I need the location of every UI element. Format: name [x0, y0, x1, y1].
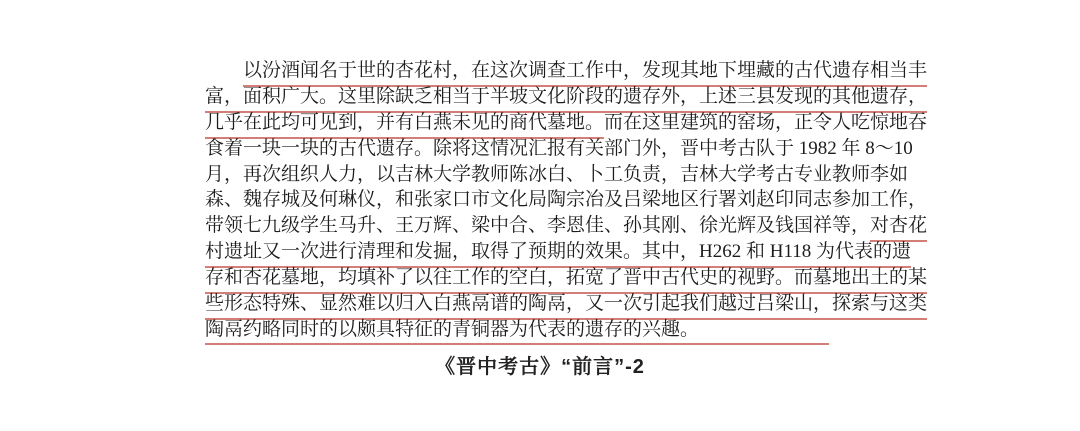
- plain-text: 食着一块一块的古代遗存。除将这情况汇报有关部门外，晋中考古队于 1982 年 8…: [205, 138, 913, 163]
- text-line: 食着一块一块的古代遗存。除将这情况汇报有关部门外，晋中考古队于 1982 年 8…: [205, 136, 857, 162]
- text-line: 存和杏花墓地，均填补了以往工作的空白，拓宽了晋中古代史的视野。而墓地出土的某: [205, 265, 857, 291]
- plain-text: 陶鬲约略同时的以颇具特征的青铜器为代表的遗存的兴趣。: [205, 319, 699, 344]
- text-line: 几乎在此均可见到，并有白燕未见的商代墓地。而在这里建筑的窑场，正令人吃惊地吞: [205, 110, 857, 136]
- plain-text: [205, 60, 243, 85]
- text-line: 陶鬲约略同时的以颇具特征的青铜器为代表的遗存的兴趣。: [205, 317, 857, 343]
- paragraph: 以汾酒闻名于世的杏花村，在这次调查工作中，发现其地下埋藏的古代遗存相当丰富，面积…: [205, 58, 857, 343]
- plain-text: 而在这里建筑的窑场，正令人吃惊地吞: [604, 112, 927, 137]
- text-line: 森、魏存城及何琳仪，和张家口市文化局陶宗冶及吕梁地区行署刘赵印同志参加工作，: [205, 187, 857, 213]
- plain-text: 带领七九级学生马升、王万辉、梁中合、李恩佳、孙其刚、徐光辉及钱国祥等，: [205, 215, 870, 240]
- plain-text: 月，再次组织人力，以吉林大学教师陈冰白、卜工负责，吉林大学考古专业教师李如: [205, 164, 908, 189]
- text-line: 些形态特殊、显然难以归入白燕鬲谱的陶鬲，又一次引起我们越过吕梁山，探索与这类: [205, 291, 857, 317]
- document-page: 以汾酒闻名于世的杏花村，在这次调查工作中，发现其地下埋藏的古代遗存相当丰富，面积…: [0, 0, 1080, 431]
- text-line: 富，面积广大。这里除缺乏相当于半坡文化阶段的遗存外，上述三县发现的其他遗存，: [205, 84, 857, 110]
- text-line: 村遗址又一次进行清理和发掘，取得了预期的效果。其中，H262 和 H118 为代…: [205, 239, 857, 265]
- source-caption: 《晋中考古》“前言”-2: [0, 350, 1080, 379]
- plain-text: 森、魏存城及何琳仪，和张家口市文化局陶宗冶及吕梁地区行署刘赵印同志参加工作，: [205, 189, 927, 214]
- underlined-text: 对杏花: [870, 215, 927, 242]
- text-line: 以汾酒闻名于世的杏花村，在这次调查工作中，发现其地下埋藏的古代遗存相当丰: [205, 58, 857, 84]
- text-line: 带领七九级学生马升、王万辉、梁中合、李恩佳、孙其刚、徐光辉及钱国祥等，对杏花: [205, 213, 857, 239]
- text-line: 月，再次组织人力，以吉林大学教师陈冰白、卜工负责，吉林大学考古专业教师李如: [205, 162, 857, 188]
